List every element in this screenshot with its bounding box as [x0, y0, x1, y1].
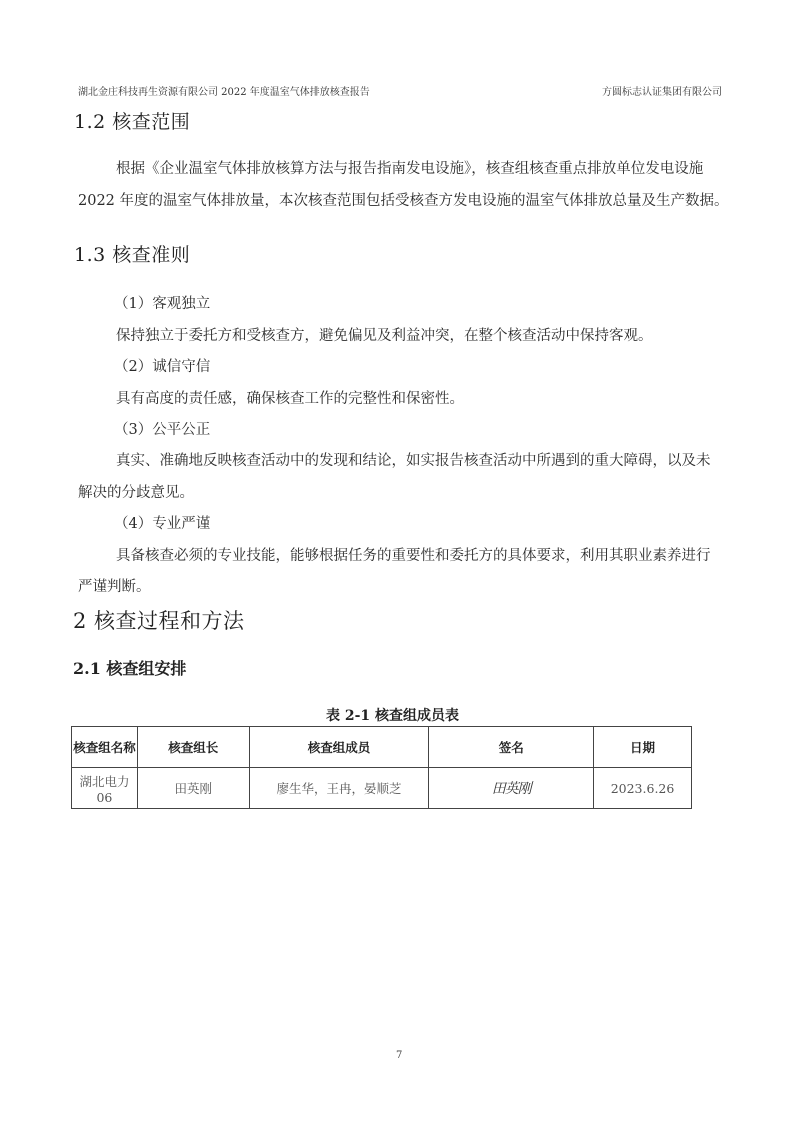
table-header-row: 核查组名称 核查组长 核查组成员 签名 日期 — [72, 727, 692, 768]
cell-team-members: 廖生华，王冉，晏顺芝 — [249, 768, 429, 809]
table-caption: 表 2-1 核查组成员表 — [326, 705, 459, 725]
section-2-1-title: 2.1 核查组安排 — [73, 656, 186, 679]
criterion-label-3: （3）公平公正 — [114, 418, 210, 439]
header-team-name: 核查组名称 — [72, 727, 138, 768]
criterion-text-3-line-1: 真实、准确地反映核查活动中的发现和结论，如实报告核查活动中所遇到的重大障碍，以及… — [116, 449, 711, 470]
criterion-text-3-line-2: 解决的分歧意见。 — [78, 481, 194, 502]
section-1-3-title: 1.3 核查准则 — [74, 240, 190, 267]
cell-date: 2023.6.26 — [594, 768, 692, 809]
section-1-2-title: 1.2 核查范围 — [74, 107, 190, 134]
criterion-text-2: 具有高度的责任感，确保核查工作的完整性和保密性。 — [116, 387, 464, 408]
running-header-left: 湖北金庄科技再生资源有限公司 2022 年度温室气体排放核查报告 — [78, 83, 370, 98]
header-date: 日期 — [594, 727, 692, 768]
section-2-title: 2 核查过程和方法 — [73, 605, 245, 635]
criterion-label-1: （1）客观独立 — [114, 292, 210, 313]
criterion-label-4: （4）专业严谨 — [114, 512, 210, 533]
section-1-2-paragraph-line-1: 根据《企业温室气体排放核算方法与报告指南发电设施》，核查组核查重点排放单位发电设… — [116, 157, 703, 178]
table-row: 湖北电力 06 田英刚 廖生华，王冉，晏顺芝 田英刚 2023.6.26 — [72, 768, 692, 809]
header-signature: 签名 — [429, 727, 594, 768]
cell-team-leader: 田英刚 — [137, 768, 249, 809]
criterion-text-4-line-2: 严谨判断。 — [78, 575, 151, 596]
page-number: 7 — [396, 1050, 402, 1061]
criterion-text-4-line-1: 具备核查必须的专业技能，能够根据任务的重要性和委托方的具体要求，利用其职业素养进… — [116, 544, 711, 565]
cell-team-name: 湖北电力 06 — [72, 768, 138, 809]
cell-signature: 田英刚 — [429, 768, 594, 809]
running-header-right: 方圆标志认证集团有限公司 — [602, 83, 722, 98]
section-1-2-paragraph-line-2: 2022 年度的温室气体排放量，本次核查范围包括受核查方发电设施的温室气体排放总… — [78, 189, 729, 210]
criterion-text-1: 保持独立于委托方和受核查方，避免偏见及利益冲突，在整个核查活动中保持客观。 — [116, 324, 653, 345]
header-team-members: 核查组成员 — [249, 727, 429, 768]
header-team-leader: 核查组长 — [137, 727, 249, 768]
handwritten-signature: 田英刚 — [492, 781, 531, 797]
criterion-label-2: （2）诚信守信 — [114, 355, 210, 376]
audit-team-table: 核查组名称 核查组长 核查组成员 签名 日期 湖北电力 06 田英刚 廖生华，王… — [71, 726, 692, 809]
